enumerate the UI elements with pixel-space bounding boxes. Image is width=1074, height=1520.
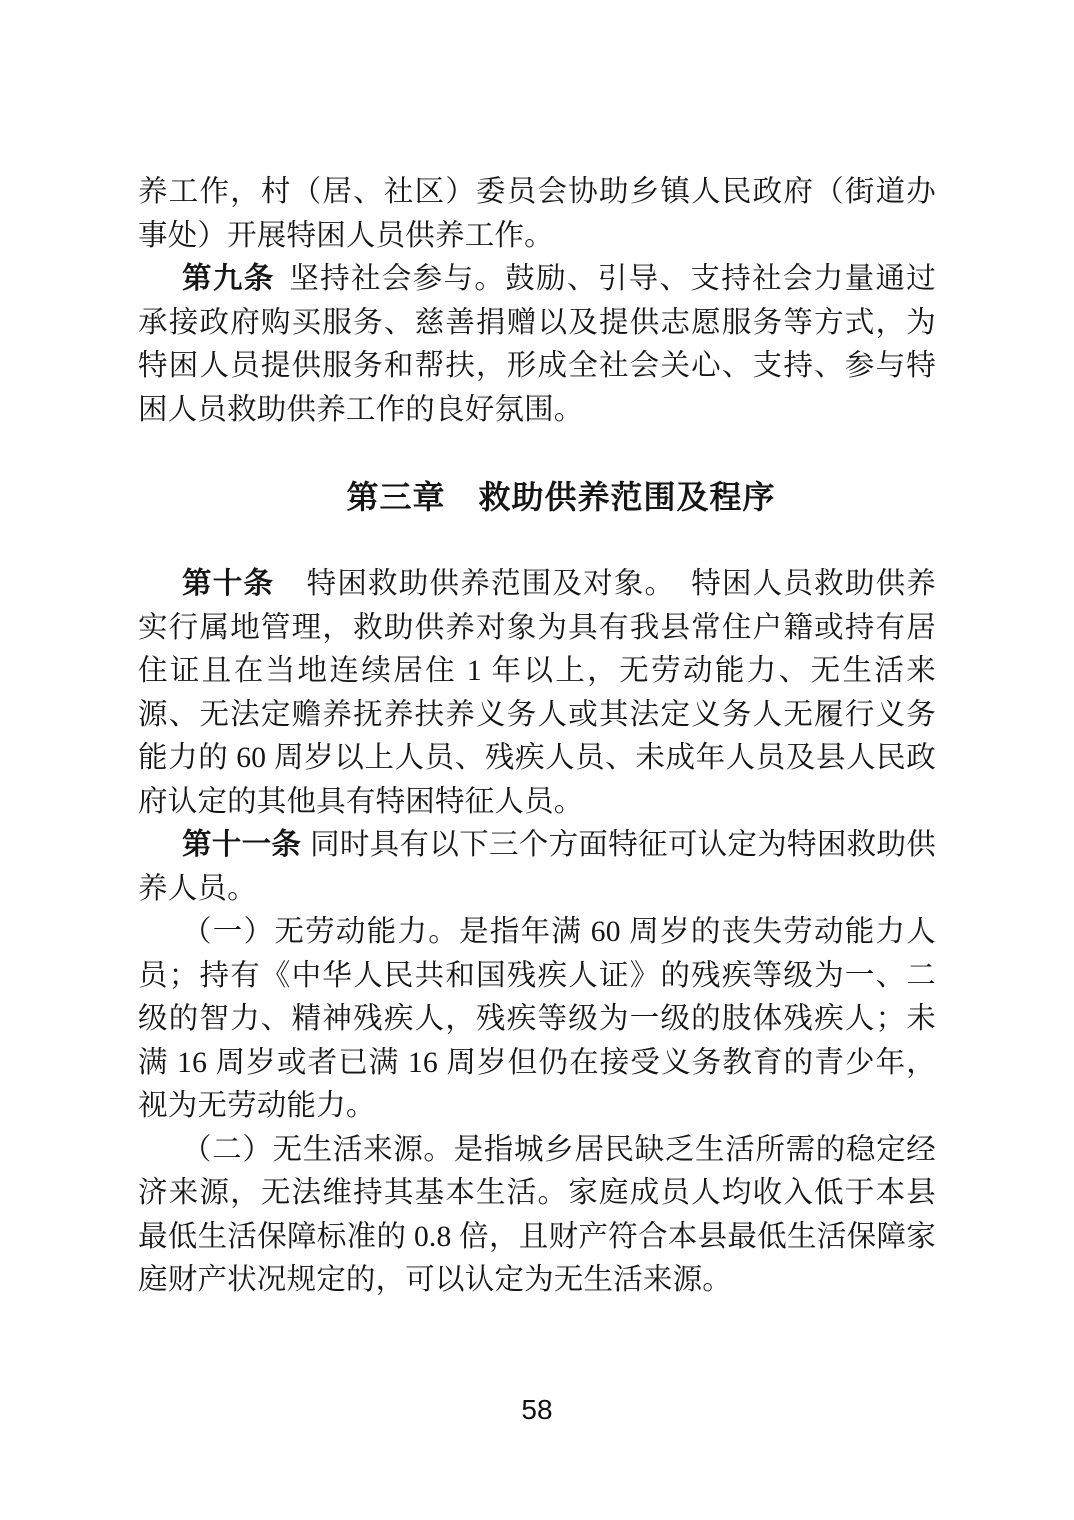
article-11-number: 第十一条 [182,829,301,861]
article-9-number: 第九条 [182,263,275,295]
article-10-number: 第十条 [182,568,274,600]
page-number: 58 [0,1394,1074,1426]
document-page: 养工作，村（居、社区）委员会协助乡镇人民政府（街道办事处）开展特困人员供养工作。… [0,0,1074,1520]
paragraph-item-1: （一）无劳动能力。是指年满 60 周岁的丧失劳动能力人员；持有《中华人民共和国残… [138,911,936,1129]
paragraph-item-2: （二）无生活来源。是指城乡居民缺乏生活所需的稳定经济来源，无法维持其基本生活。家… [138,1129,936,1303]
chapter-heading: 第三章 救助供养范围及程序 [162,472,960,522]
article-10-text: 特困救助供养范围及对象。 特困人员救助供养实行属地管理，救助供养对象为具有我县常… [138,568,936,818]
paragraph-continuation: 养工作，村（居、社区）委员会协助乡镇人民政府（街道办事处）开展特困人员供养工作。 [138,171,936,258]
paragraph-article-10: 第十条特困救助供养范围及对象。 特困人员救助供养实行属地管理，救助供养对象为具有… [138,563,936,824]
document-body: 养工作，村（居、社区）委员会协助乡镇人民政府（街道办事处）开展特困人员供养工作。… [138,171,936,1303]
paragraph-article-11: 第十一条同时具有以下三个方面特征可认定为特困救助供养人员。 [138,824,936,911]
paragraph-article-9: 第九条坚持社会参与。鼓励、引导、支持社会力量通过承接政府购买服务、慈善捐赠以及提… [138,258,936,432]
